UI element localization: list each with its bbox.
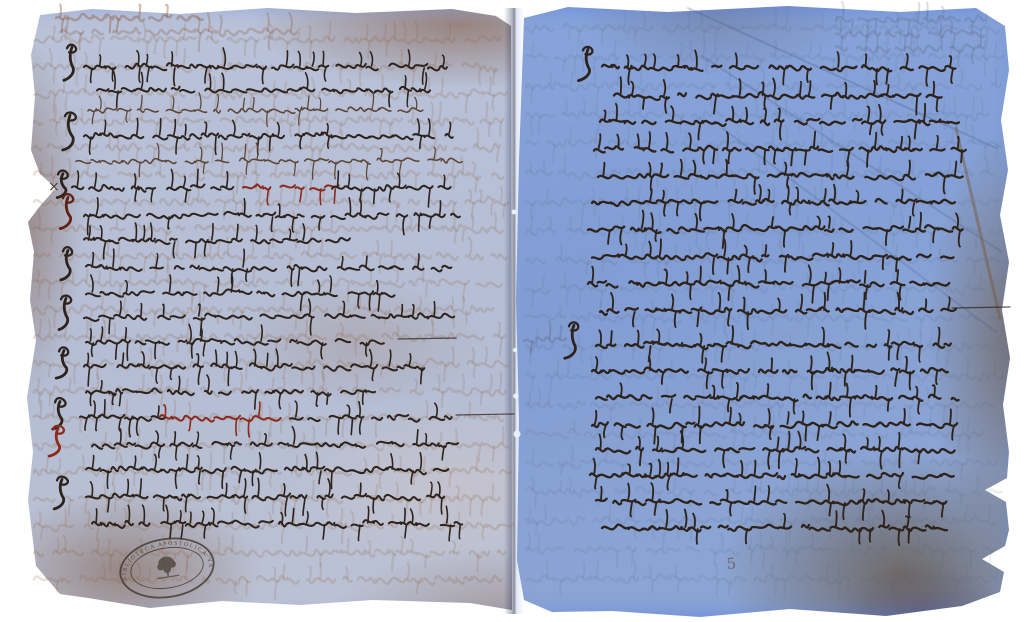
gutter-fold [504,8,524,614]
manuscript-spread-photo: × 5 BIBLIOTECA APOSTOLICA VATICANA [0,0,1024,622]
